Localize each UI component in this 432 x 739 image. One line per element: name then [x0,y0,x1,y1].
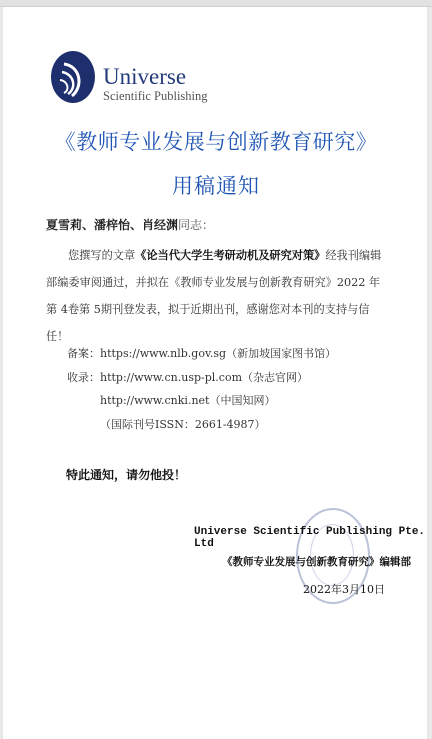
issn-line: （国际刊号ISSN：2661-4987） [67,413,336,437]
article-title: 《论当代大学生考研动机及研究对策》 [135,249,325,262]
viewer-top-bar [0,0,432,7]
author-names: 夏雪莉、潘梓怡、肖经渊 [46,218,178,232]
notice-title: 用稿通知 [0,170,432,200]
body-text-main: 经我刊编辑部编委审阅通过，并拟在《教师专业发展与创新教育研究》2022 年第 4… [46,249,381,343]
references-block: 备案：https://www.nlb.gov.sg（新加坡国家图书馆） 收录：h… [67,342,336,436]
filing-line: 备案：https://www.nlb.gov.sg（新加坡国家图书馆） [67,342,336,366]
journal-title: 《教师专业发展与创新教育研究》 [0,126,432,156]
body-paragraph: 您撰写的文章《论当代大学生考研动机及研究对策》经我刊编辑部编委审阅通过，并拟在《… [46,242,386,350]
salutation-suffix: 同志： [178,218,214,232]
signature-company: Universe Scientific Publishing Pte. Ltd [194,526,432,550]
logo-text-universe: Universe [103,65,186,88]
body-text-intro: 您撰写的文章 [68,249,135,262]
salutation: 夏雪莉、潘梓怡、肖经渊同志： [46,216,214,233]
publisher-logo: Universe Scientific Publishing [50,50,210,110]
publisher-logo-icon [50,50,96,104]
closing-notice: 特此通知，请勿他投！ [66,466,186,483]
indexed-line-2: http://www.cnki.net（中国知网） [67,389,336,413]
signature-date: 2022年3月10日 [303,581,385,597]
signature-department: 《教师专业发展与创新教育研究》编辑部 [222,554,411,569]
logo-text-scientific-publishing: Scientific Publishing [103,90,208,103]
indexed-line-1: 收录：http://www.cn.usp-pl.com（杂志官网） [67,366,336,390]
